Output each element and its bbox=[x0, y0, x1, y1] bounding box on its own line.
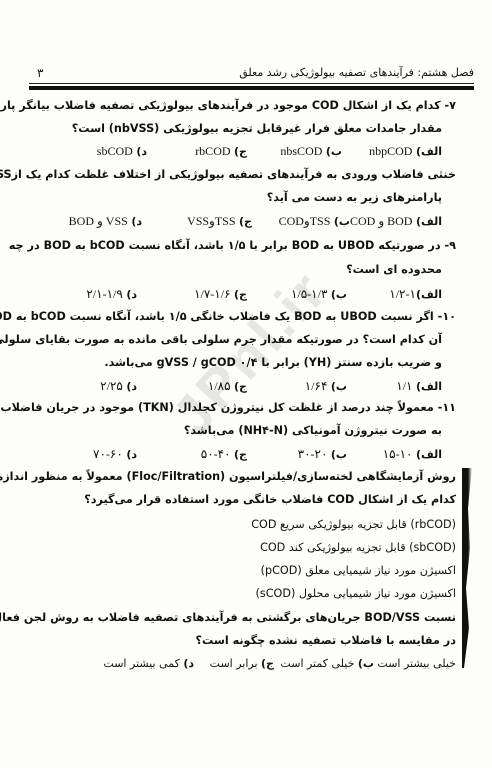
page-number: ۳ bbox=[37, 66, 43, 80]
question-11-options: الف) ۱۰-۱۵ ب) ۲۰-۳۰ ج) ۴۰-۵۰ د) ۶۰-۷۰ bbox=[60, 447, 442, 463]
scan-margin-artifact bbox=[462, 468, 472, 668]
question-7-options: الف) nbpCOD ب) nbsCOD ج) rbCOD د) sbCOD bbox=[80, 144, 442, 160]
question-number: ۹- bbox=[445, 239, 457, 252]
question-11-line-1: ۱۱- معمولاً چند درصد از غلظت کل نیتروژن … bbox=[0, 401, 456, 414]
option-a: الف) ۱/۱ bbox=[396, 379, 442, 394]
option-b: ب) ۱/۶۴ bbox=[305, 379, 347, 394]
question-10-options: الف) ۱/۱ ب) ۱/۶۴ ج) ۱/۸۵ د) ۲/۲۵ bbox=[60, 379, 442, 395]
option-a: الف) ۱۰-۱۵ bbox=[383, 447, 442, 462]
question-13-options: خیلی بیشتر است ب) خیلی کمتر است ج) برابر… bbox=[60, 657, 456, 673]
question-number: ۷- bbox=[445, 99, 457, 112]
option-c: ج) ۱/۸۵ bbox=[208, 379, 247, 394]
question-12-option-b: COD قابل تجزیه بیولوژیکی کند (sbCOD) bbox=[260, 541, 456, 554]
question-12-line-2: کدام یک از اشکال COD فاضلاب خانگی مورد ا… bbox=[84, 493, 456, 506]
option-d: د) کمی بیشتر است bbox=[103, 657, 194, 670]
option-a: الف) BOD و COD bbox=[350, 214, 442, 229]
option-c: ج) برابر است bbox=[210, 657, 274, 670]
header-rule-thick bbox=[29, 86, 474, 90]
option-a: الف) nbpCOD bbox=[369, 144, 442, 159]
question-8-line-1: ۸- TSSخنثی فاضلاب ورودی به فرآیندهای تصف… bbox=[0, 168, 456, 181]
question-8-options: الف) BOD و COD ب) TSSوCOD ج) TSSوVSS د) … bbox=[60, 214, 442, 230]
option-c: ج) ۱/۶-۱/۷ bbox=[194, 287, 247, 302]
option-d: د) sbCOD bbox=[97, 144, 147, 159]
question-7-line-1: ۷- کدام یک از اشکال COD موجود در فرآینده… bbox=[0, 99, 456, 112]
page-header: فصل هشتم: فرآیندهای تصفیه بیولوژیکی رشد … bbox=[29, 66, 474, 96]
question-12-line-1: روش آزمایشگاهی لخته‌سازی/فیلتراسیون (Flo… bbox=[0, 470, 456, 483]
option-b: ب) TSSوCOD bbox=[279, 214, 350, 229]
question-9-line-2: محدوده ای است؟ bbox=[346, 263, 442, 276]
watermark: JPnl.ir bbox=[159, 257, 341, 449]
question-10-line-1: ۱۰- اگر نسبت UBOD به BOD یک فاضلاب خانگی… bbox=[0, 310, 456, 323]
chapter-title: فصل هشتم: فرآیندهای تصفیه بیولوژیکی رشد … bbox=[239, 66, 474, 79]
option-b: ب) ۱/۳-۱/۵ bbox=[291, 287, 347, 302]
question-8-line-2: پارامترهای زیر به دست می آید؟ bbox=[267, 191, 442, 204]
question-7-line-2: مقدار جامدات معلق فرار غیرقابل تجزیه بیو… bbox=[72, 122, 442, 135]
question-10-line-2: آن کدام است؟ در صورتیکه مقدار جرم سلولی … bbox=[0, 333, 442, 346]
question-number: ۱۰- bbox=[438, 310, 456, 323]
option-a: الف)۱-۱/۲ bbox=[389, 287, 442, 302]
option-d: د) ۲/۲۵ bbox=[100, 379, 137, 394]
document-page: فصل هشتم: فرآیندهای تصفیه بیولوژیکی رشد … bbox=[0, 0, 492, 768]
option-d: د) ۱/۹-۲/۱ bbox=[86, 287, 137, 302]
option-b: ب) nbsCOD bbox=[280, 144, 342, 159]
question-number: ۱۱- bbox=[438, 401, 456, 414]
question-10-line-3: و ضریب بازده سنتز (YH) برابر با gVSS / g… bbox=[104, 356, 442, 369]
question-9-options: الف)۱-۱/۲ ب) ۱/۳-۱/۵ ج) ۱/۶-۱/۷ د) ۱/۹-۲… bbox=[60, 287, 442, 303]
option-d: د) VSS و BOD bbox=[69, 214, 142, 229]
question-13-line-2: در مقایسه با فاضلاب تصفیه نشده چگونه است… bbox=[196, 634, 457, 647]
option-b: ب) خیلی کمتر است bbox=[280, 657, 374, 670]
option-c: ج) rbCOD bbox=[195, 144, 247, 159]
option-b: ب) ۲۰-۳۰ bbox=[298, 447, 347, 462]
option-a: خیلی بیشتر است bbox=[377, 657, 456, 670]
question-12-option-c: اکسیژن مورد نیاز شیمیایی معلق (pCOD) bbox=[261, 564, 456, 577]
question-12-option-a: COD قابل تجزیه بیولوژیکی سریع (rbCOD) bbox=[251, 518, 456, 531]
question-9-line-1: ۹- در صورتیکه UBOD به BOD برابر با ۱/۵ ب… bbox=[9, 239, 456, 252]
question-11-line-2: به صورت نیتروژن آمونیاکی (NH۴-N) می‌باشد… bbox=[184, 424, 442, 437]
option-d: د) ۶۰-۷۰ bbox=[93, 447, 137, 462]
question-13-line-1: نسبت BOD/VSS جریان‌های برگشتی به فرآینده… bbox=[0, 611, 456, 624]
header-rule-thin bbox=[29, 83, 474, 84]
question-12-option-d: اکسیژن مورد نیاز شیمیایی محلول (sCOD) bbox=[256, 587, 457, 600]
option-c: ج) TSSوVSS bbox=[187, 214, 252, 229]
option-c: ج) ۴۰-۵۰ bbox=[201, 447, 247, 462]
